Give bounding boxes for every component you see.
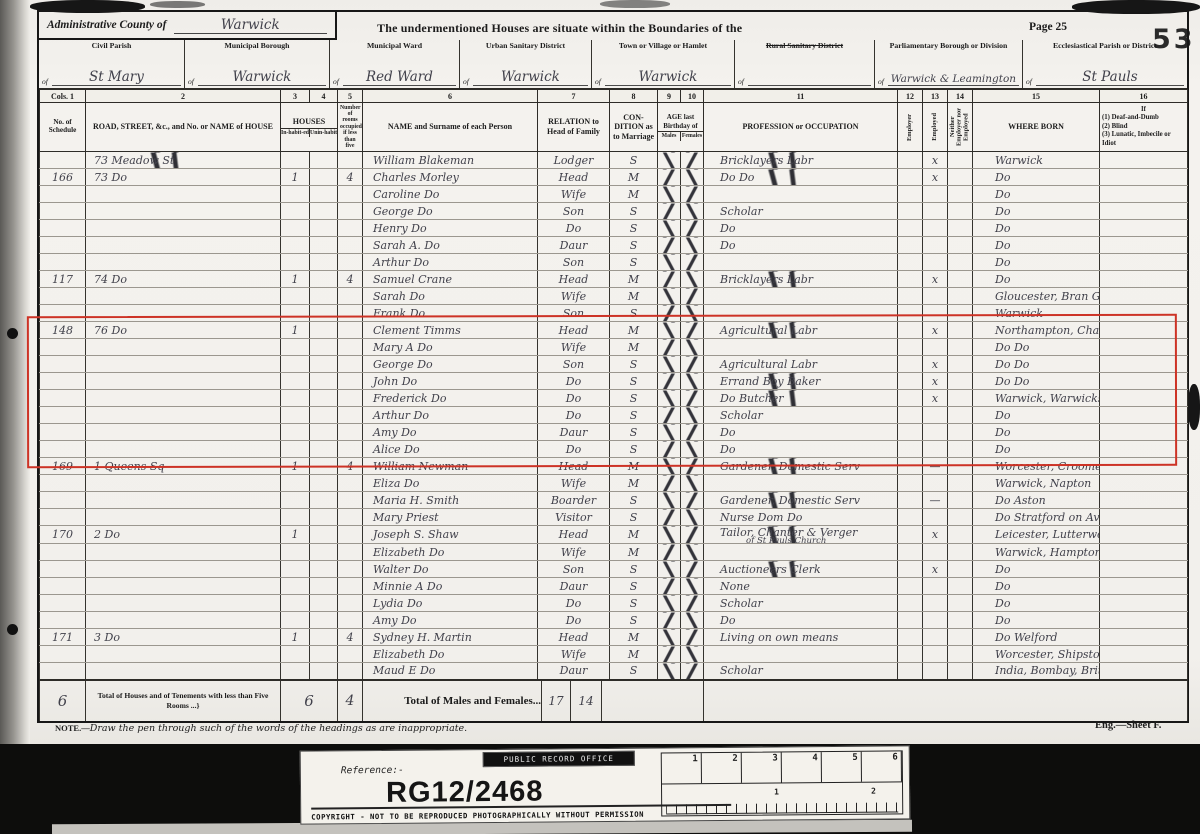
cell-n: [338, 561, 363, 578]
scan-smudge: [600, 0, 670, 8]
cell-e14: [948, 220, 973, 237]
cell-c: S: [610, 509, 658, 526]
cell-c: S: [610, 237, 658, 254]
cell-e14: [948, 578, 973, 595]
cell-am: [658, 509, 681, 526]
district-value: Warwick: [198, 69, 326, 86]
cell-inf: [1100, 629, 1188, 646]
cell-name: Caroline Do: [363, 186, 538, 203]
cell-i: [281, 578, 310, 595]
cell-name: Amy Do: [363, 612, 538, 629]
cell-n: [338, 186, 363, 203]
district-civil-parish: Civil Parish of St Mary: [39, 40, 184, 88]
cell-born: Do: [973, 561, 1100, 578]
cell-n: [338, 663, 363, 680]
header-condition: CON-DITION as to Marriage: [610, 103, 658, 152]
totals-males-females-cell: Total of Males and Females... 17 14: [363, 680, 704, 721]
cell-e12: [898, 646, 923, 663]
cell-occ: Bricklayers Labr: [704, 152, 898, 169]
form-top-band: Administrative County of Warwick The und…: [39, 12, 1187, 89]
cell-u: [310, 169, 338, 186]
cell-s: [40, 612, 86, 629]
ruler-number: 5: [822, 752, 862, 782]
form-heading: The undermentioned Houses are situate wi…: [377, 21, 742, 36]
cell-u: [310, 612, 338, 629]
table-row: Mary PriestVisitorSNurse Dom DoDo Stratf…: [40, 509, 1188, 526]
cell-rel: Wife: [538, 475, 610, 492]
cell-u: [310, 475, 338, 492]
totals-houses-count: 6: [40, 680, 86, 721]
cell-u: [310, 526, 338, 544]
of-label: of: [738, 77, 744, 86]
cell-n: [338, 152, 363, 169]
cell-rel: Head: [538, 271, 610, 288]
ruler-ticks: 1 2: [666, 784, 898, 814]
cell-e13: [923, 220, 948, 237]
cell-am: [658, 203, 681, 220]
cell-born: Warwick, Napton: [973, 475, 1100, 492]
cell-n: [338, 254, 363, 271]
table-row: 16673 Do14Charles MorleyHeadMDo DoxDo: [40, 169, 1188, 186]
totals-filler: [601, 681, 703, 721]
table-row: Lydia DoDoSScholarDo: [40, 595, 1188, 612]
cell-born: Do: [973, 254, 1100, 271]
cell-r: [86, 595, 281, 612]
cell-inf: [1100, 152, 1188, 169]
table-row: George DoSonSScholarDo: [40, 203, 1188, 220]
cell-af: [681, 254, 704, 271]
cell-occ: Nurse Dom Do: [704, 509, 898, 526]
cell-i: 1: [281, 629, 310, 646]
cell-name: Joseph S. Shaw: [363, 526, 538, 544]
cell-am: [658, 612, 681, 629]
cell-name: Eliza Do: [363, 475, 538, 492]
cell-name: Sarah Do: [363, 288, 538, 305]
cell-s: [40, 544, 86, 561]
of-label: of: [595, 77, 601, 86]
cell-e13: [923, 475, 948, 492]
cell-born: Do Aston: [973, 492, 1100, 509]
cell-e14: [948, 629, 973, 646]
cell-i: 1: [281, 526, 310, 544]
cell-rel: Wife: [538, 544, 610, 561]
table-row: Arthur DoSonSDo: [40, 254, 1188, 271]
district-rural-sanitary: Rural Sanitary District of: [734, 40, 874, 88]
cell-i: [281, 152, 310, 169]
pro-office-label: PUBLIC RECORD OFFICE: [483, 751, 635, 767]
district-label: Municipal Ward: [333, 42, 456, 60]
cell-u: [310, 663, 338, 680]
cell-am: [658, 629, 681, 646]
cell-af: [681, 492, 704, 509]
cell-i: [281, 612, 310, 629]
cell-occ: Auctioneers Clerk: [704, 561, 898, 578]
header-males: Males: [658, 132, 680, 140]
cell-r: [86, 561, 281, 578]
cell-occ: Scholar: [704, 203, 898, 220]
header-infirmities: If (1) Deaf-and-Dumb (2) Blind (3) Lunat…: [1100, 103, 1188, 152]
table-row: Sarah A. DoDaurSDoDo: [40, 237, 1188, 254]
col-num: Cols. 1: [40, 90, 86, 103]
cell-s: [40, 186, 86, 203]
pro-reference-card: PUBLIC RECORD OFFICE Reference:- RG12/24…: [300, 745, 911, 824]
cell-e14: [948, 526, 973, 544]
col-num: 5: [338, 90, 363, 103]
cell-occ: Do Do: [704, 169, 898, 186]
cell-e14: [948, 561, 973, 578]
cell-af: [681, 475, 704, 492]
cell-c: M: [610, 169, 658, 186]
cell-i: [281, 509, 310, 526]
cell-e12: [898, 526, 923, 544]
cell-am: [658, 271, 681, 288]
district-value: Warwick & Leamington: [888, 73, 1019, 86]
cell-inf: [1100, 475, 1188, 492]
cell-s: 171: [40, 629, 86, 646]
cell-s: [40, 646, 86, 663]
cell-occ: Do: [704, 220, 898, 237]
cell-name: Sarah A. Do: [363, 237, 538, 254]
cell-i: [281, 663, 310, 680]
cell-inf: [1100, 288, 1188, 305]
cell-n: [338, 475, 363, 492]
cell-c: S: [610, 254, 658, 271]
table-row: Minnie A DoDaurSNoneDo: [40, 578, 1188, 595]
cell-e12: [898, 220, 923, 237]
cell-c: S: [610, 578, 658, 595]
cell-born: Do: [973, 578, 1100, 595]
cell-af: [681, 526, 704, 544]
cell-inf: [1100, 254, 1188, 271]
cell-c: M: [610, 544, 658, 561]
cell-c: S: [610, 492, 658, 509]
cell-e12: [898, 561, 923, 578]
col-num: 8: [610, 90, 658, 103]
cell-e12: [898, 271, 923, 288]
cell-n: 4: [338, 629, 363, 646]
cell-u: [310, 254, 338, 271]
cell-u: [310, 237, 338, 254]
cell-name: Walter Do: [363, 561, 538, 578]
cell-rel: Boarder: [538, 492, 610, 509]
of-label: of: [463, 77, 469, 86]
cell-u: [310, 203, 338, 220]
district-value: Warwick: [473, 69, 588, 86]
cell-am: [658, 544, 681, 561]
administrative-county-box: Administrative County of Warwick: [37, 10, 337, 40]
cell-n: [338, 578, 363, 595]
district-urban-sanitary: Urban Sanitary District of Warwick: [459, 40, 591, 88]
cell-af: [681, 578, 704, 595]
cell-n: [338, 203, 363, 220]
cell-e13: x: [923, 561, 948, 578]
census-scan-page: 53 Administrative County of Warwick The …: [0, 0, 1200, 834]
table-row: 1702 Do1Joseph S. ShawHeadMTailor, Chant…: [40, 526, 1188, 544]
district-town-village: Town or Village or Hamlet of Warwick: [591, 40, 734, 88]
cell-e13: [923, 544, 948, 561]
cell-born: Warwick, Hampton Lucy: [973, 544, 1100, 561]
cell-inf: [1100, 561, 1188, 578]
cell-i: [281, 561, 310, 578]
cell-born: Do: [973, 271, 1100, 288]
cell-occ: Gardener, Domestic Serv: [704, 492, 898, 509]
cell-n: [338, 612, 363, 629]
cell-inf: [1100, 595, 1188, 612]
cell-e14: [948, 271, 973, 288]
cell-inf: [1100, 578, 1188, 595]
cell-u: [310, 561, 338, 578]
cell-am: [658, 186, 681, 203]
cell-r: [86, 220, 281, 237]
cell-r: [86, 612, 281, 629]
cell-r: [86, 663, 281, 680]
cell-c: M: [610, 646, 658, 663]
table-row: Sarah DoWifeMGloucester, Bran Green: [40, 288, 1188, 305]
cell-e12: [898, 475, 923, 492]
col-num: 6: [363, 90, 538, 103]
cell-e12: [898, 578, 923, 595]
cell-e13: x: [923, 271, 948, 288]
cell-e13: [923, 578, 948, 595]
district-label: Town or Village or Hamlet: [595, 42, 731, 60]
cell-rel: Wife: [538, 186, 610, 203]
cell-name: Arthur Do: [363, 254, 538, 271]
cell-c: S: [610, 612, 658, 629]
cell-e13: x: [923, 526, 948, 544]
totals-males: 17: [541, 681, 570, 721]
cell-u: [310, 220, 338, 237]
cell-occ: None: [704, 578, 898, 595]
cell-u: [310, 152, 338, 169]
of-label: of: [333, 77, 339, 86]
header-name: NAME and Surname of each Person: [363, 103, 538, 152]
cell-e12: [898, 509, 923, 526]
cell-born: India, Bombay, British Subject: [973, 663, 1100, 680]
cell-r: [86, 186, 281, 203]
cell-u: [310, 544, 338, 561]
table-header: Cols. 1 2 3 4 5 6 7 8 9 10 11 12 13 14 1…: [40, 90, 1188, 152]
cell-i: [281, 186, 310, 203]
totals-inhabited: 6: [281, 680, 338, 721]
scale-ruler: 123456 1 2: [661, 750, 904, 816]
cell-af: [681, 152, 704, 169]
table-row: Maria H. SmithBoarderSGardener, Domestic…: [40, 492, 1188, 509]
district-label-struck: Rural Sanitary District: [738, 42, 871, 60]
table-row: Caroline DoWifeMDo: [40, 186, 1188, 203]
cell-e14: [948, 203, 973, 220]
cell-e13: x: [923, 152, 948, 169]
cell-s: [40, 595, 86, 612]
cell-c: S: [610, 152, 658, 169]
cell-af: [681, 220, 704, 237]
district-municipal-borough: Municipal Borough of Warwick: [184, 40, 329, 88]
cell-born: Do Stratford on Avon: [973, 509, 1100, 526]
ruler-numbers: 123456: [662, 751, 902, 784]
cell-inf: [1100, 203, 1188, 220]
page-number: Page 25: [1029, 21, 1067, 33]
header-uninhabited: Unin-habited (U.), or Building (B.): [309, 129, 337, 137]
header-females: Females: [680, 132, 703, 140]
header-age: AGE last Birthday of Males Females: [658, 103, 704, 152]
cell-e13: [923, 186, 948, 203]
footer-note: NOTE.—Draw the pen through such of the w…: [55, 723, 467, 734]
col-num: 9: [658, 90, 681, 103]
cell-rel: Do: [538, 220, 610, 237]
cell-u: [310, 509, 338, 526]
cell-r: [86, 578, 281, 595]
cell-am: [658, 526, 681, 544]
cell-af: [681, 169, 704, 186]
cell-s: [40, 254, 86, 271]
col-num: 12: [898, 90, 923, 103]
cell-am: [658, 663, 681, 680]
cell-e12: [898, 544, 923, 561]
cell-occ-subline: of St Pauls Church: [720, 539, 895, 543]
cell-s: [40, 220, 86, 237]
cell-inf: [1100, 663, 1188, 680]
note-text: Draw the pen through such of the words o…: [90, 723, 467, 734]
cell-inf: [1100, 169, 1188, 186]
cell-c: M: [610, 288, 658, 305]
cell-born: Do: [973, 186, 1100, 203]
cell-r: [86, 646, 281, 663]
cell-occ: Scholar: [704, 595, 898, 612]
table-row: 11774 Do14Samuel CraneHeadMBricklayers L…: [40, 271, 1188, 288]
district-ecclesiastical: Ecclesiastical Parish or District of St …: [1022, 40, 1187, 88]
cell-am: [658, 169, 681, 186]
cell-e14: [948, 152, 973, 169]
cell-r: [86, 203, 281, 220]
cell-n: [338, 526, 363, 544]
ruler-number: 3: [742, 752, 782, 782]
cell-am: [658, 152, 681, 169]
of-label: of: [188, 77, 194, 86]
header-where-born: WHERE BORN: [973, 103, 1100, 152]
punch-hole: [7, 624, 18, 635]
cell-name: Maud E Do: [363, 663, 538, 680]
totals-females: 14: [570, 681, 601, 721]
cell-r: [86, 254, 281, 271]
cell-e13: [923, 203, 948, 220]
cell-n: [338, 544, 363, 561]
cell-e13: —: [923, 492, 948, 509]
cell-e12: [898, 629, 923, 646]
cell-n: [338, 492, 363, 509]
district-label: Urban Sanitary District: [463, 42, 588, 60]
cell-born: Do: [973, 595, 1100, 612]
cell-rel: Son: [538, 203, 610, 220]
cell-name: Elizabeth Do: [363, 544, 538, 561]
cell-e13: x: [923, 169, 948, 186]
header-neither: Neither Employer nor Employed: [948, 103, 973, 152]
cell-af: [681, 237, 704, 254]
cell-rel: Visitor: [538, 509, 610, 526]
cell-s: 170: [40, 526, 86, 544]
table-row: Walter DoSonSAuctioneers ClerkxDo: [40, 561, 1188, 578]
cell-u: [310, 271, 338, 288]
cell-am: [658, 475, 681, 492]
cell-am: [658, 595, 681, 612]
cell-inf: [1100, 526, 1188, 544]
cell-e12: [898, 492, 923, 509]
cell-n: [338, 595, 363, 612]
cell-s: [40, 663, 86, 680]
district-value: St Mary: [52, 69, 181, 86]
cell-s: [40, 203, 86, 220]
ruler-inch-label: 1: [774, 787, 779, 796]
cell-r: 73 Meadow St: [86, 152, 281, 169]
cell-name: Lydia Do: [363, 595, 538, 612]
cell-e12: [898, 169, 923, 186]
cell-s: 166: [40, 169, 86, 186]
cell-e14: [948, 288, 973, 305]
totals-rooms: 4: [338, 680, 363, 721]
cell-e13: [923, 509, 948, 526]
cell-u: [310, 288, 338, 305]
cell-rel: Daur: [538, 663, 610, 680]
punch-hole: [7, 328, 18, 339]
cell-occ: Do: [704, 237, 898, 254]
table-row: 73 Meadow StWilliam BlakemanLodgerSBrick…: [40, 152, 1188, 169]
cell-rel: Head: [538, 169, 610, 186]
cell-n: [338, 509, 363, 526]
cell-c: S: [610, 203, 658, 220]
cell-e14: [948, 595, 973, 612]
cell-occ: [704, 475, 898, 492]
cell-s: [40, 561, 86, 578]
cell-n: [338, 646, 363, 663]
of-label: of: [42, 77, 48, 86]
cell-s: 117: [40, 271, 86, 288]
table-row: Eliza DoWifeMWarwick, Napton: [40, 475, 1188, 492]
cell-af: [681, 646, 704, 663]
cell-occ: Do: [704, 612, 898, 629]
cell-i: [281, 492, 310, 509]
cell-name: George Do: [363, 203, 538, 220]
cell-inf: [1100, 544, 1188, 561]
cell-occ: Scholar: [704, 663, 898, 680]
cell-e14: [948, 475, 973, 492]
cell-born: Do: [973, 612, 1100, 629]
cell-c: S: [610, 220, 658, 237]
cell-e13: [923, 595, 948, 612]
district-label: Ecclesiastical Parish or District: [1026, 42, 1184, 60]
cell-u: [310, 646, 338, 663]
district-label: Municipal Borough: [188, 42, 326, 60]
cell-r: [86, 509, 281, 526]
district-header-row: Civil Parish of St Mary Municipal Boroug…: [39, 40, 1187, 88]
cell-e13: [923, 254, 948, 271]
cell-s: [40, 152, 86, 169]
cell-e12: [898, 237, 923, 254]
cell-r: [86, 544, 281, 561]
cell-s: [40, 475, 86, 492]
totals-mf-label: Total of Males and Females...: [363, 681, 541, 721]
cell-u: [310, 492, 338, 509]
cell-name: Minnie A Do: [363, 578, 538, 595]
col-num: 15: [973, 90, 1100, 103]
ruler-number: 2: [702, 753, 742, 783]
cell-rel: Lodger: [538, 152, 610, 169]
header-schedule: No. of Schedule: [40, 103, 86, 152]
cell-name: Elizabeth Do: [363, 646, 538, 663]
cell-e13: [923, 237, 948, 254]
cell-r: 74 Do: [86, 271, 281, 288]
cell-c: S: [610, 663, 658, 680]
cell-rel: Head: [538, 629, 610, 646]
cell-e14: [948, 646, 973, 663]
district-value: Warwick: [605, 69, 731, 86]
